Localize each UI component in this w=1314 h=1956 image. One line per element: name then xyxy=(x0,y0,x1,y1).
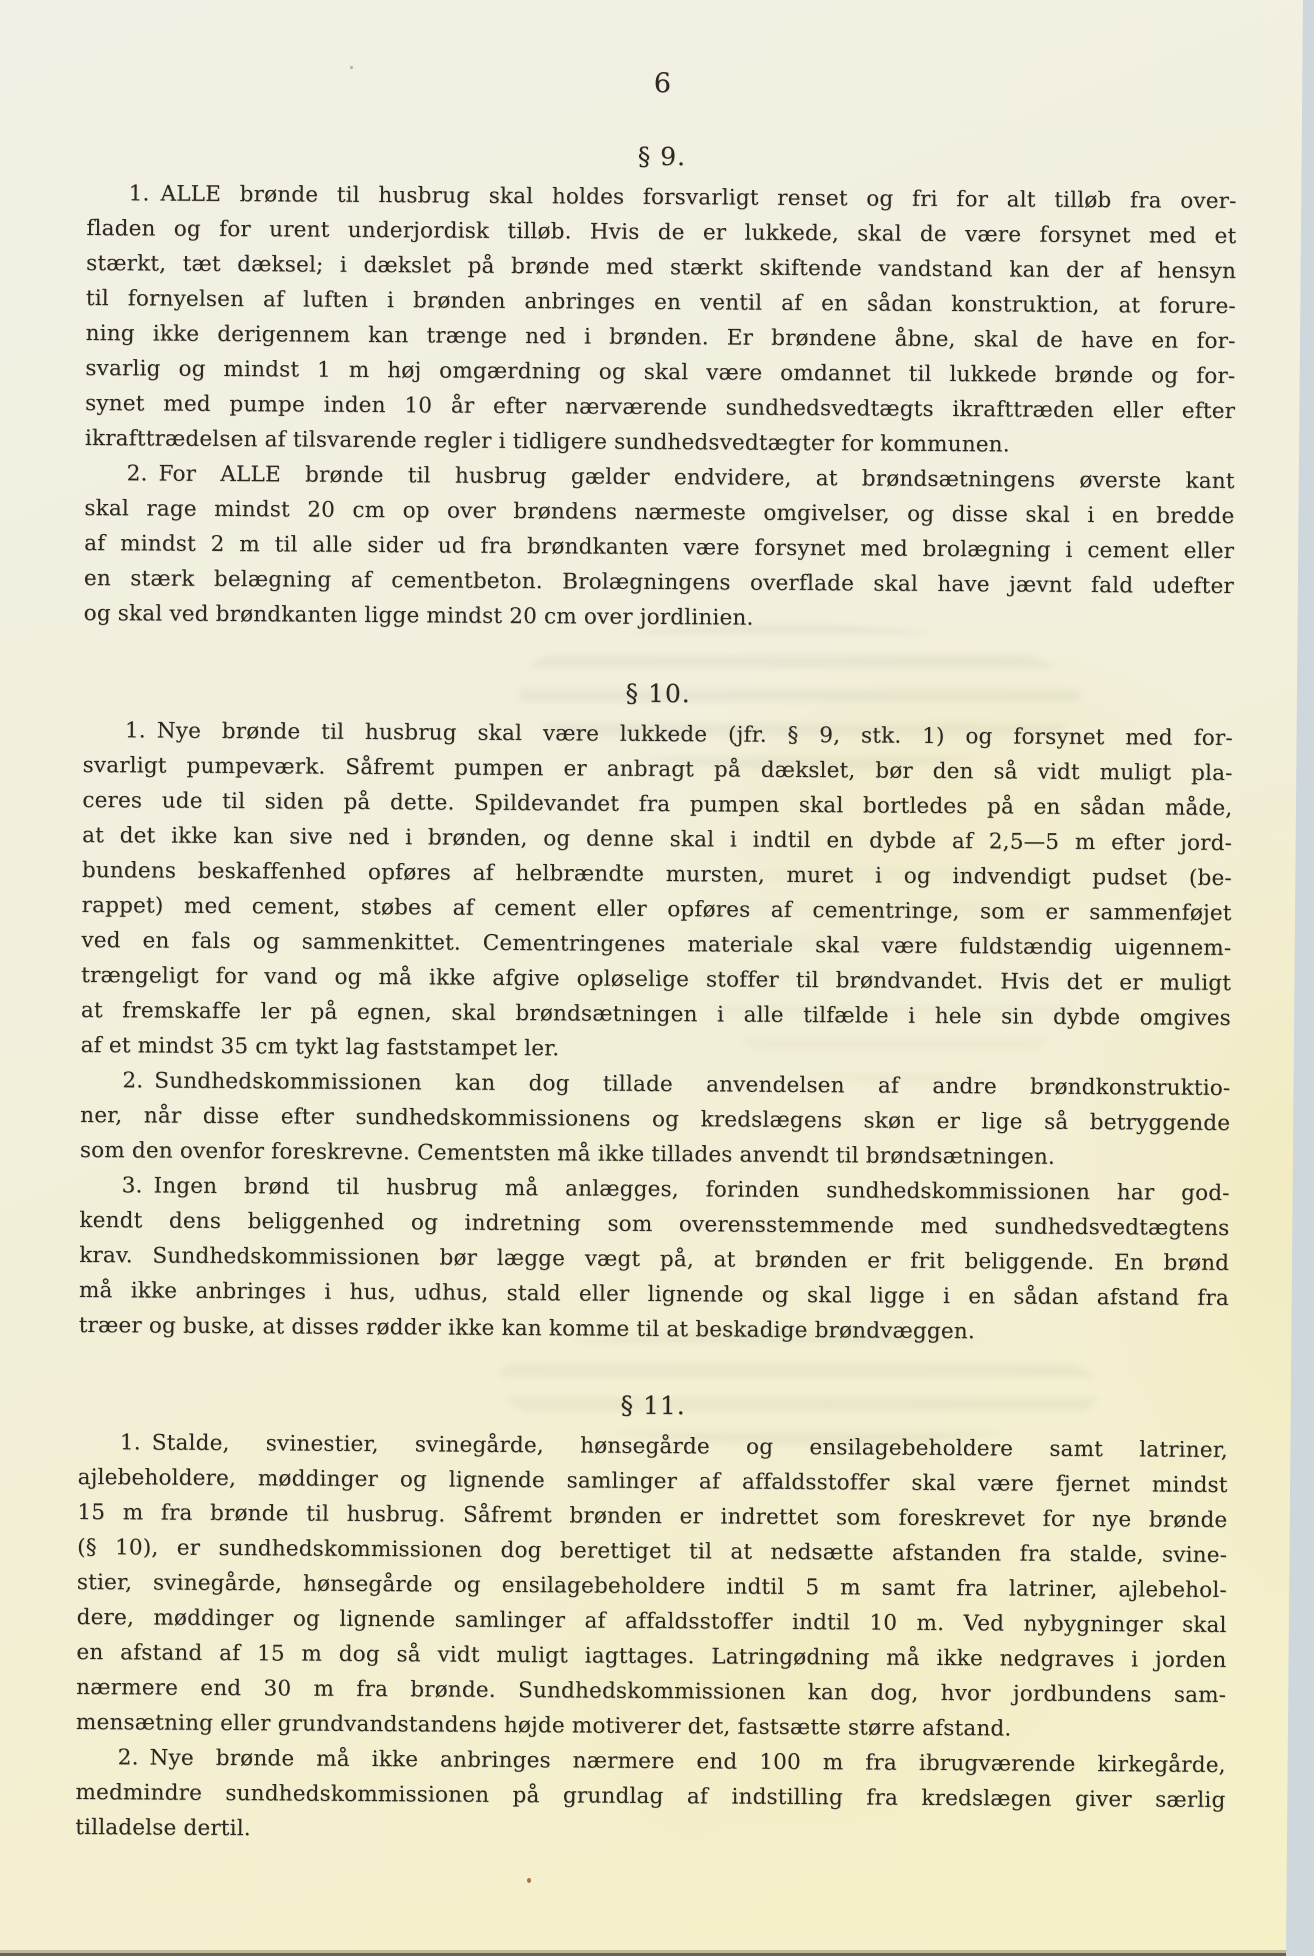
scanned-page: 6 § 9.1. ALLE brønde til husbrug skal ho… xyxy=(0,0,1314,1956)
paper-sheet: 6 § 9.1. ALLE brønde til husbrug skal ho… xyxy=(0,0,1314,1956)
dust-speck xyxy=(527,1878,531,1883)
page-bottom-edge-shadow xyxy=(0,1950,1314,1956)
document-sections: § 9.1. ALLE brønde til husbrug skal hold… xyxy=(75,138,1237,1853)
paragraph: 2. For ALLE brønde til husbrug gælder en… xyxy=(84,456,1235,639)
paragraph: 2. Nye brønde må ikke anbringes nærmere … xyxy=(75,1740,1226,1853)
section-9: § 9.1. ALLE brønde til husbrug skal hold… xyxy=(84,138,1237,639)
paragraph: 1. ALLE brønde til husbrug skal holdes f… xyxy=(85,176,1237,464)
page-content: 6 § 9.1. ALLE brønde til husbrug skal ho… xyxy=(75,0,1238,1853)
paragraph: 1. Nye brønde til husbrug skal være lukk… xyxy=(81,713,1233,1071)
paragraph: 2. Sundhedskommissionen kan dog tillade … xyxy=(80,1063,1231,1176)
section-10: § 10.1. Nye brønde til husbrug skal være… xyxy=(79,675,1234,1351)
section-heading: § 9. xyxy=(87,138,1237,176)
paragraph: 3. Ingen brønd til husbrug må anlægges, … xyxy=(79,1168,1230,1351)
section-heading: § 11. xyxy=(78,1387,1228,1425)
section-heading: § 10. xyxy=(83,675,1233,713)
page-number: 6 xyxy=(87,64,1237,104)
section-11: § 11.1. Stalde, svinestier, svinegårde, … xyxy=(75,1387,1228,1853)
paragraph: 1. Stalde, svinestier, svinegårde, hønse… xyxy=(76,1425,1228,1748)
